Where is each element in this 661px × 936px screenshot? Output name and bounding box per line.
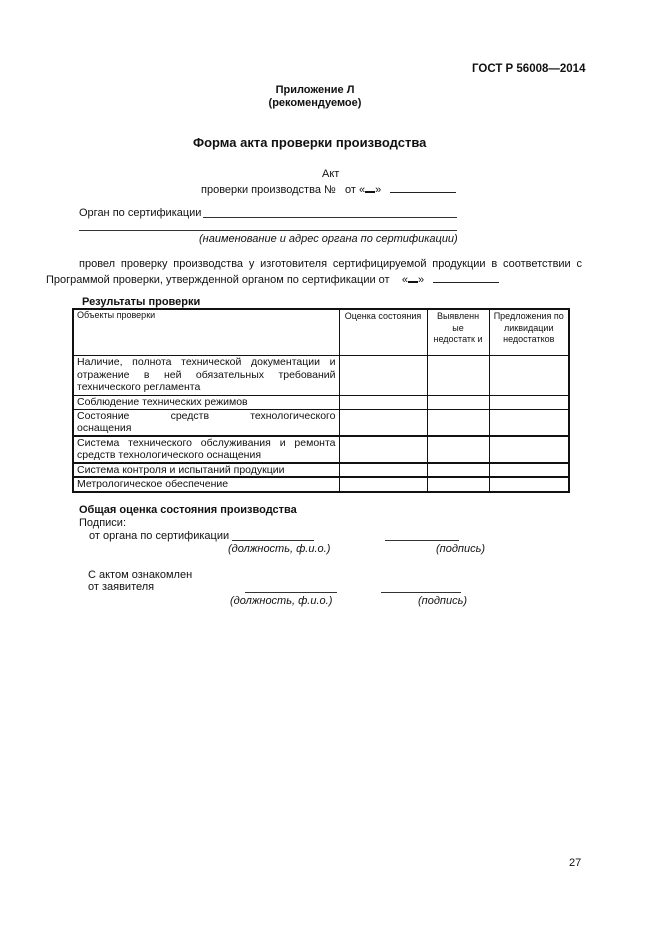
row-assessment-cell[interactable] [339,409,427,436]
table-row: Система технического обслуживания и ремо… [73,436,569,463]
row-defects-cell[interactable] [427,356,489,396]
row-assessment-cell[interactable] [339,436,427,463]
col-header-defects: Выявленн ые недостатк и [427,309,489,356]
row-object: Наличие, полнота технической документаци… [73,356,339,396]
position-caption: (должность, ф.и.о.) [228,543,330,555]
appendix-title: Приложение Л [230,84,400,96]
row-object: Метрологическое обеспечение [73,477,339,492]
act-date-field[interactable] [390,182,456,193]
table-row: Система контроля и испытаний продукции [73,463,569,478]
row-object: Система технического обслуживания и ремо… [73,436,339,463]
body-caption: (наименование и адрес органа по сертифик… [199,233,458,245]
row-defects-cell[interactable] [427,396,489,410]
col-header-objects: Объекты проверки [73,309,339,356]
row-assessment-cell[interactable] [339,356,427,396]
program-date-close: » [418,274,424,286]
signature-caption-2: (подпись) [418,595,467,607]
program-date-field[interactable] [433,272,499,283]
table-row: Метрологическое обеспечение [73,477,569,492]
body-name-field[interactable] [203,217,457,218]
act-number-line: проверки производства № от «» [201,181,456,196]
act-date-close: » [375,184,381,196]
signature-caption: (подпись) [436,543,485,555]
page-number: 27 [569,857,581,869]
results-table: Объекты проверки Оценка состояния Выявле… [72,308,570,493]
paragraph-text: Программой проверки, утвержденной органо… [46,274,390,286]
signatures-label: Подписи: [79,517,126,529]
body-label: Орган по сертификации [79,207,201,219]
row-assessment-cell[interactable] [339,396,427,410]
program-day-field[interactable] [408,271,418,283]
table-row: Наличие, полнота технической документаци… [73,356,569,396]
act-number-prefix: проверки производства № [201,184,336,196]
applicant-signature-field[interactable] [381,592,461,593]
standard-number: ГОСТ Р 56008—2014 [472,63,585,75]
row-proposals-cell[interactable] [489,463,569,478]
table-header-row: Объекты проверки Оценка состояния Выявле… [73,309,569,356]
row-proposals-cell[interactable] [489,356,569,396]
act-day-field[interactable] [365,181,375,193]
body-signature-field[interactable] [385,540,459,541]
overall-title: Общая оценка состояния производства [79,504,297,516]
col-header-assessment: Оценка состояния [339,309,427,356]
position-caption-2: (должность, ф.и.о.) [230,595,332,607]
table-row: Соблюдение технических режимов [73,396,569,410]
row-object: Состояниесредствтехнологическогооснащени… [73,409,339,436]
act-label: Акт [322,168,339,180]
table-row: Состояниесредствтехнологическогооснащени… [73,409,569,436]
body-address-field[interactable] [79,230,457,231]
acquainted-label: С актом ознакомлен [88,569,192,581]
appendix-subtitle: (рекомендуемое) [230,97,400,109]
row-proposals-cell[interactable] [489,396,569,410]
row-object: Система контроля и испытаний продукции [73,463,339,478]
from-applicant-label: от заявителя [88,581,154,593]
row-defects-cell[interactable] [427,436,489,463]
row-defects-cell[interactable] [427,463,489,478]
body-position-field[interactable] [232,540,314,541]
row-proposals-cell[interactable] [489,409,569,436]
results-title: Результаты проверки [82,296,200,308]
from-body-label: от органа по сертификации [89,530,229,542]
col-header-proposals: Предложения по ликвидации недостатков [489,309,569,356]
row-assessment-cell[interactable] [339,463,427,478]
paragraph-line-2: Программой проверки, утвержденной органо… [46,271,499,286]
row-assessment-cell[interactable] [339,477,427,492]
paragraph-line-1: провел проверку производства у изготовит… [79,258,582,270]
row-proposals-cell[interactable] [489,477,569,492]
row-object: Соблюдение технических режимов [73,396,339,410]
row-defects-cell[interactable] [427,477,489,492]
act-date-from: от « [345,184,365,196]
row-defects-cell[interactable] [427,409,489,436]
form-title: Форма акта проверки производства [193,135,426,150]
row-proposals-cell[interactable] [489,436,569,463]
applicant-position-field[interactable] [245,592,337,593]
